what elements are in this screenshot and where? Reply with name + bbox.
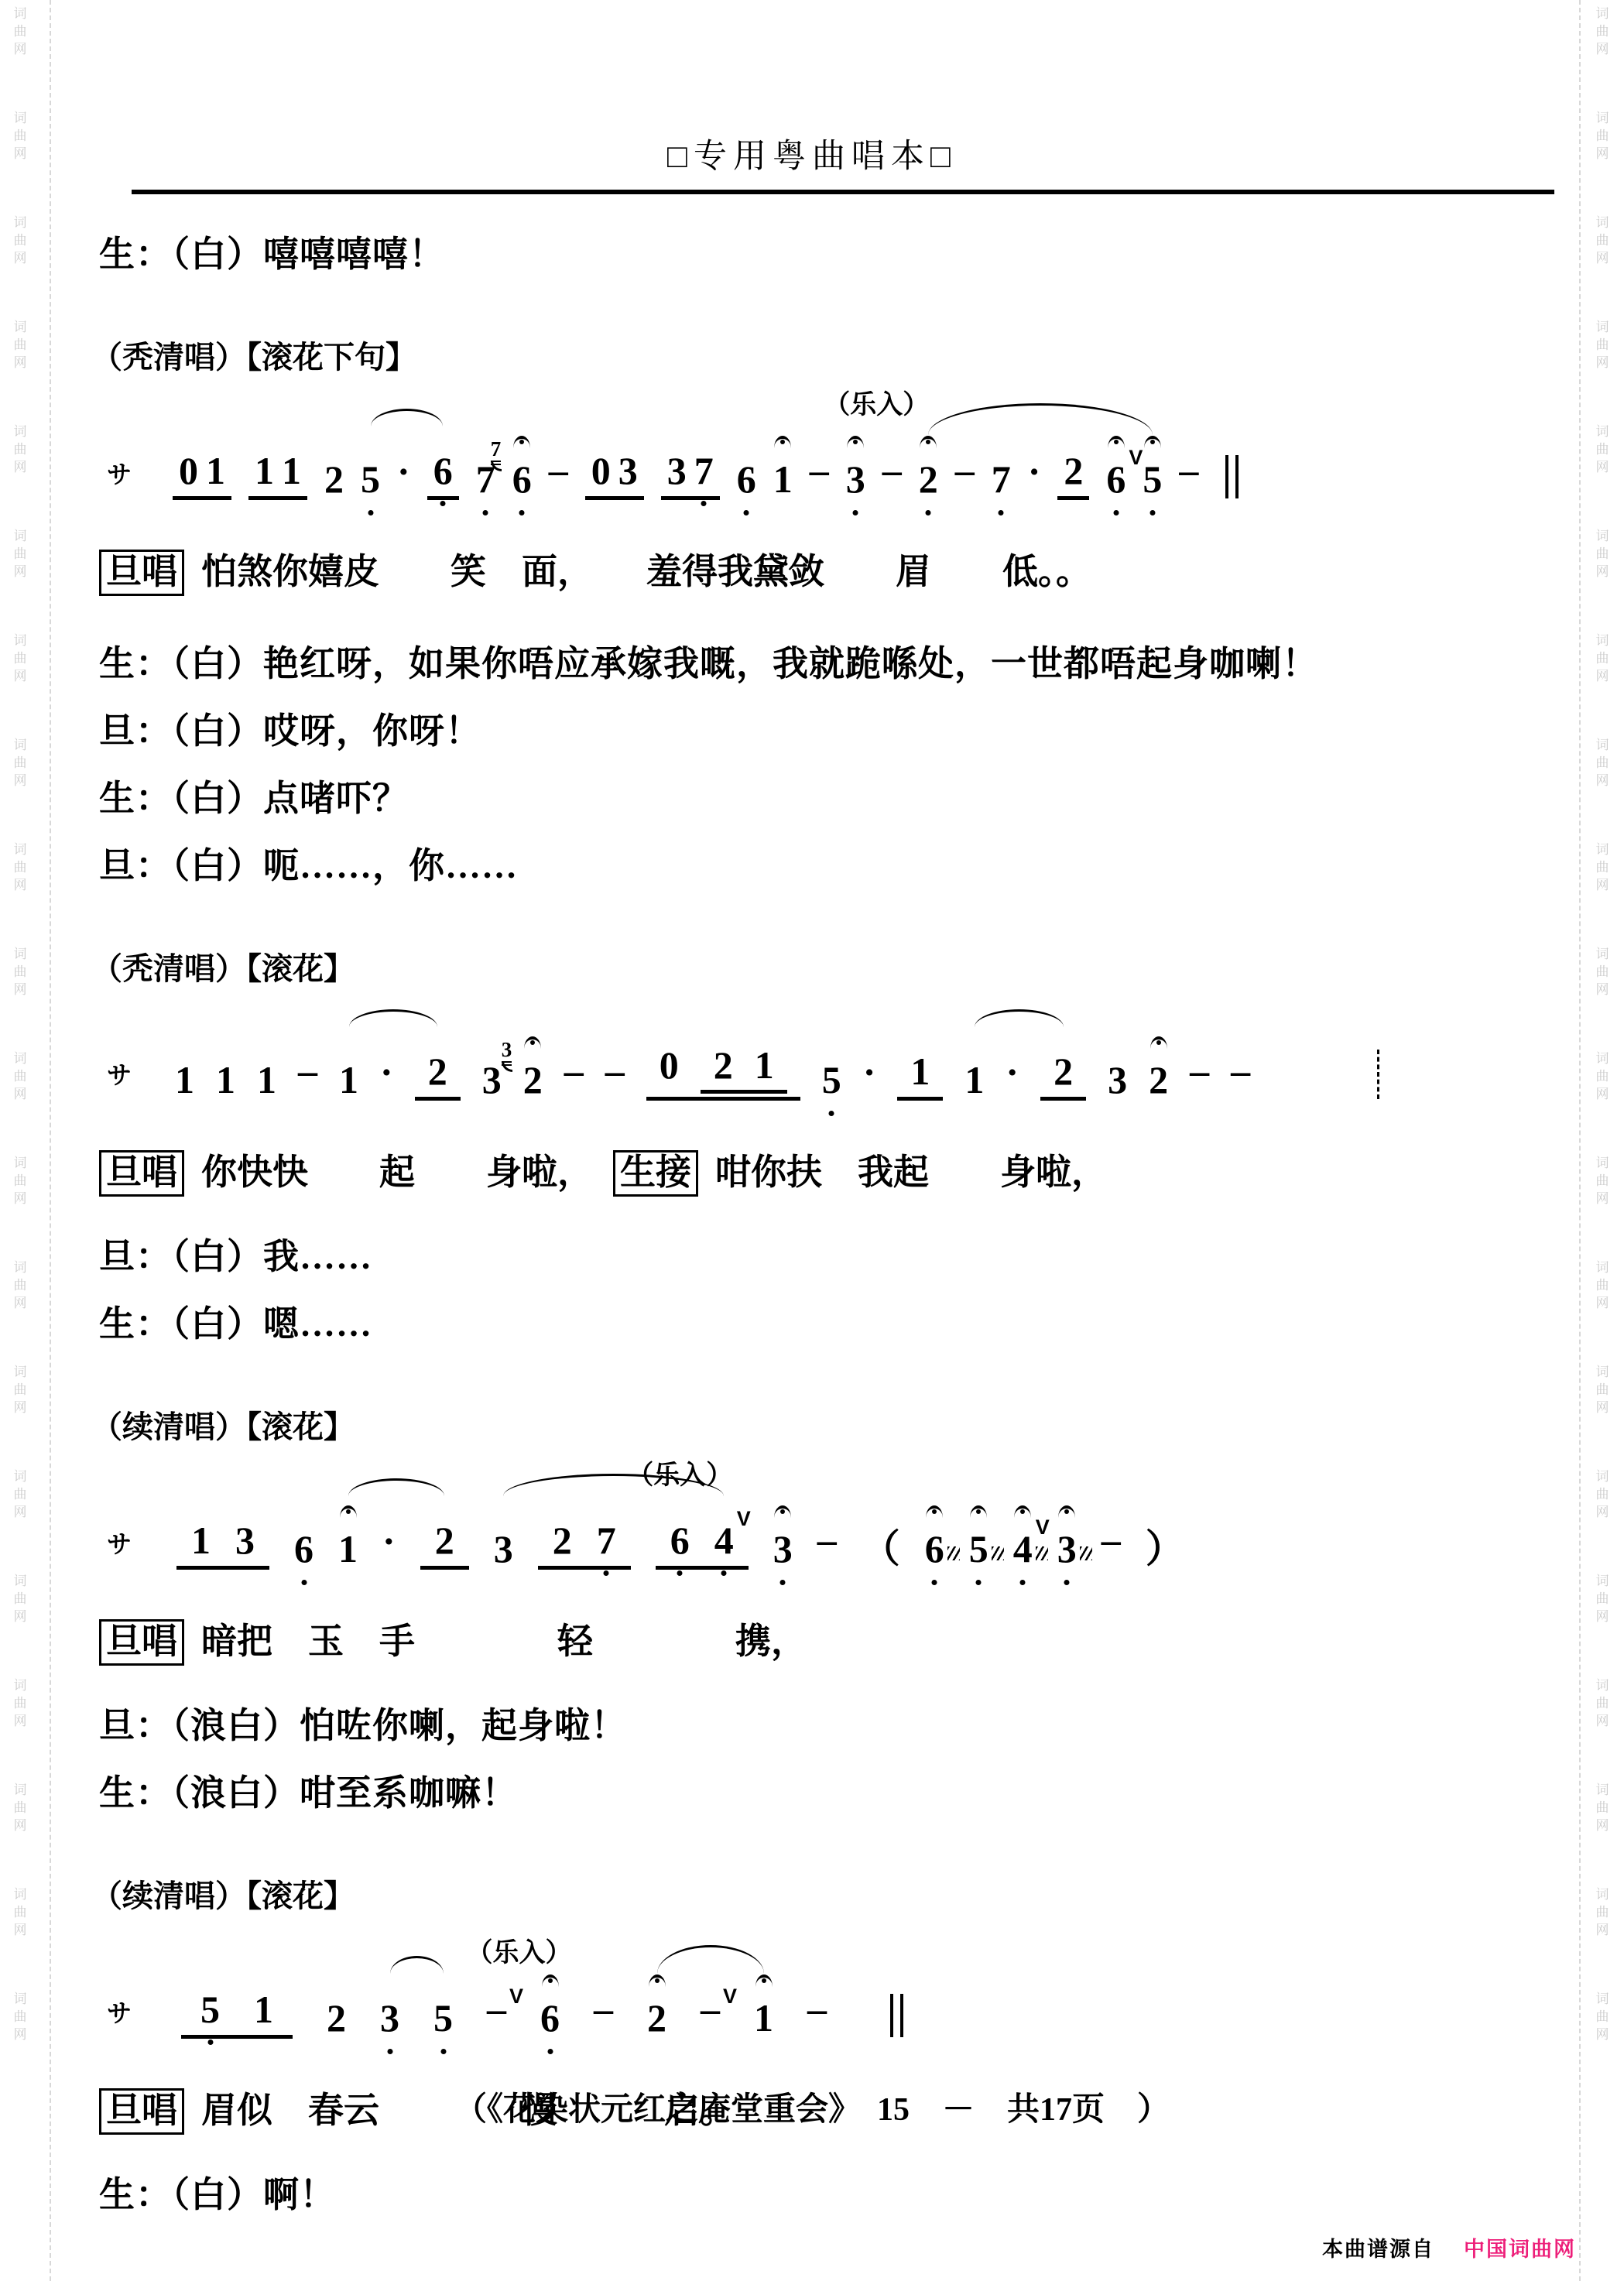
music-line-4: サ51235–V6–2–V1–（乐入） [99,1922,1616,2062]
grace-note: 7 [491,439,502,465]
slur [371,409,444,426]
note: 5 [200,1989,220,2030]
watermark-text: 词 曲 网 [5,841,36,894]
score-page: 词 曲 网词 曲 网词 曲 网词 曲 网词 曲 网词 曲 网词 曲 网词 曲 网… [0,0,1624,2281]
note: · [382,1529,396,1570]
note: 2 [327,1998,346,2039]
singer-tag: 旦唱 [99,1619,184,1666]
beam-group: 1 [897,1049,943,1101]
note: 7 [694,450,714,491]
note: · [397,459,410,500]
watermark-text: 词 曲 网 [5,1990,36,2043]
note: – [1102,1529,1121,1570]
note: 6 [737,459,756,500]
beam-group: 27 [538,1518,631,1570]
note: 76 [512,459,532,500]
note: 1 [339,1060,358,1101]
note: 3 [380,1998,399,2039]
fermata-icon [340,1505,357,1518]
watermark-text: 词 曲 网 [1587,736,1618,789]
note: 0 [591,450,611,491]
note: – [817,1529,837,1570]
fermata-icon [774,1505,791,1518]
watermark-text: 词 曲 网 [5,1781,36,1834]
note: 3 [667,450,687,491]
beam-group: 13 [176,1518,269,1570]
page-title: □专用粤曲唱本□ [0,0,1624,177]
beam-group: 64V [656,1518,749,1570]
slur [928,403,1153,435]
note: 1 [255,450,274,491]
note: 1 [191,1520,211,1561]
note: 0 [179,450,198,491]
watermark-text: 词 曲 网 [1587,632,1618,685]
lyric-line: 旦唱怕煞你嬉皮 笑 面， 羞得我黛敛 眉 低。。 [99,543,1624,596]
note: 3 [1108,1060,1127,1101]
music-annotation: （乐入） [627,1454,732,1492]
watermark-text: 词 曲 网 [5,1468,36,1521]
watermark-text: 词 曲 网 [5,1572,36,1625]
note: 2 [1149,1060,1168,1101]
beam-group: 51 [181,1987,293,2039]
dialogue-line: 生：（白）艳红呀，如果你唔应承嫁我嘅，我就跪喺处，一世都唔起身咖喇！ [99,644,1570,685]
breath-mark-icon: V [737,1508,751,1529]
breath-mark-icon: V [1129,447,1143,468]
lyric-line: 旦唱暗把 玉 手 轻 携， [99,1613,1624,1666]
breath-mark-icon: V [1036,1516,1050,1538]
note: – [298,1060,317,1101]
note: – [1231,1060,1250,1101]
note: 5 [822,1060,841,1101]
breath-mark-icon: V [509,1985,523,2007]
note: · [1028,459,1041,500]
note: 2 [435,1520,454,1561]
note: 7 [992,459,1011,500]
beam-group: 21 [701,1043,787,1094]
note: 5 [1143,459,1162,500]
note: – [955,459,975,500]
dialogue-line: 生：（白）啊！ [99,2175,1570,2216]
lyric-text: 怕煞你嬉皮 笑 面， 羞得我黛敛 眉 低。。 [201,552,1091,591]
beam-group: 37 [661,448,720,500]
beam-group: 2 [1057,448,1089,500]
note: 1 [910,1051,930,1092]
source-credit: 本曲谱源自中国词曲网 [1322,2232,1576,2262]
note: 4V [1013,1529,1033,1570]
fermata-icon [1014,1505,1031,1518]
watermark-text: 词 曲 网 [5,736,36,789]
beam-group: 2 [1040,1049,1086,1101]
fermata-icon [926,1505,943,1518]
fermata-icon [1144,436,1161,448]
section-label: （续清唱）【滚花】 [91,1872,1624,1916]
footer-caption: （《花染状元红之庵堂重会》 15 － 共17页 ） [0,2084,1624,2130]
tremolo-icon [1036,1546,1048,1560]
fermata-icon [524,1036,541,1049]
dialogue-line: 生：（白）嗯…… [99,1304,1570,1345]
note: 1 [754,1998,773,2039]
note: 3 [618,450,638,491]
grace-note: 3 [502,1039,512,1066]
beam-group: 11 [248,448,307,500]
singer-tag: 旦唱 [99,1150,184,1197]
watermark-text: 词 曲 网 [1587,945,1618,998]
tremolo-icon [947,1546,960,1560]
free-tempo-mark: サ [107,1056,132,1091]
note: 1 [755,1045,774,1086]
watermark-text: 词 曲 网 [5,1677,36,1730]
beam-group: 6 [427,448,459,500]
section-label: （续清唱）【滚花】 [91,1403,1624,1447]
free-tempo-mark: サ [107,455,132,491]
watermark-text: 词 曲 网 [1587,5,1618,58]
note: – [605,1060,625,1101]
watermark-text: 词 曲 网 [1587,1154,1618,1207]
watermark-text: 词 曲 网 [1587,1259,1618,1312]
slur [349,1009,438,1027]
note: 3 [1057,1529,1077,1570]
lyric-text: 暗把 玉 手 轻 携， [201,1622,807,1661]
note: 3 [494,1529,513,1570]
note: 7 [597,1520,616,1561]
note: 6 [540,1998,560,2039]
slur [348,1478,445,1496]
note: 1 [338,1529,358,1570]
note: 1 [206,450,225,491]
note: – [882,459,902,500]
watermark-text: 词 曲 网 [1587,109,1618,163]
note: 1 [175,1060,194,1101]
watermark-text: 词 曲 网 [1587,1363,1618,1416]
note: 3 [773,1529,793,1570]
note: ） [1146,1529,1184,1570]
watermark-text: 词 曲 网 [5,5,36,58]
watermark-text: 词 曲 网 [1587,318,1618,372]
note: 6V [1106,459,1125,500]
note: 5 [361,459,380,500]
note: – [810,459,829,500]
barline [1377,1050,1379,1099]
fermata-icon [1108,436,1125,448]
watermark-text: 词 曲 网 [5,1885,36,1939]
fermata-icon [649,1974,666,1987]
note: 3 [235,1520,255,1561]
dialogue-line: 旦：（浪白）怕咗你喇，起身啦！ [99,1706,1570,1747]
note: 1 [282,450,301,491]
section-label: （秃清唱）【滚花下句】 [91,333,1624,377]
beam-group: 021 [646,1043,800,1101]
fermata-icon [970,1505,987,1518]
watermark-text: 词 曲 网 [5,945,36,998]
fermata-icon [513,436,530,448]
watermark-text: 词 曲 网 [5,527,36,581]
music-annotation: （乐入） [824,383,929,421]
watermark-text: 词 曲 网 [1587,214,1618,267]
watermark-text: 词 曲 网 [5,632,36,685]
fermata-icon [755,1974,773,1987]
watermark-text: 词 曲 网 [5,1154,36,1207]
note: 5 [969,1529,988,1570]
watermark-text: 词 曲 网 [1587,841,1618,894]
beam-group: 2 [415,1049,461,1101]
lyric-line: 旦唱你快快 起 身啦，生接咁你扶 我起 身啦， [99,1144,1624,1197]
lyric-text: 你快快 起 身啦， [201,1152,593,1192]
tremolo-icon [992,1546,1004,1560]
watermark-text: 词 曲 网 [5,109,36,163]
note: · [1006,1060,1019,1101]
note: – [549,459,568,500]
watermark-text: 词 曲 网 [5,214,36,267]
fermata-icon [542,1974,559,1987]
note: 6 [670,1520,690,1561]
note: 1 [964,1060,984,1101]
barline [890,1994,903,2037]
note: 5 [433,1998,453,2039]
note: 6 [925,1529,944,1570]
credit-site-name: 中国词曲网 [1464,2238,1576,2261]
dialogue-line: 生：（白）点啫吓？ [99,779,1570,820]
note: 2 [647,1998,666,2039]
beam-group: 2 [420,1518,469,1570]
lyric-text: 咁你扶 我起 身啦， [715,1152,1107,1192]
note: –V [487,1998,506,2039]
note: – [1179,459,1198,500]
note: 2 [714,1045,733,1086]
credit-prefix: 本曲谱源自 [1322,2238,1434,2261]
dialogue-line: 旦：（白）我…… [99,1237,1570,1278]
note: · [863,1060,876,1101]
note: – [594,1998,613,2039]
watermark-dashed-line-left [50,0,51,2281]
note: 1 [254,1989,273,2030]
fermata-icon [1058,1505,1075,1518]
header-divider [132,190,1554,194]
note: 3 [482,1060,502,1101]
note: 1 [773,459,793,500]
beam-group: 01 [173,448,231,500]
slur [975,1009,1064,1027]
watermark-text: 词 曲 网 [5,1363,36,1416]
note: 4V [714,1520,734,1561]
breath-mark-icon: V [723,1985,737,2007]
note: – [1190,1060,1209,1101]
note: 2 [1064,450,1083,491]
note: 3 [846,459,865,500]
barline [1225,455,1239,498]
watermark-text: 词 曲 网 [5,423,36,476]
note: 1 [216,1060,235,1101]
music-annotation: （乐入） [467,1931,572,1969]
watermark-column-left: 词 曲 网词 曲 网词 曲 网词 曲 网词 曲 网词 曲 网词 曲 网词 曲 网… [5,5,36,2281]
singer-tag: 生接 [613,1150,698,1197]
slur [657,1945,764,1974]
fermata-icon [847,436,864,448]
fermata-icon [774,436,791,448]
note: （ [862,1529,900,1570]
music-line-3: サ1361·232764V3–（654V3–）（乐入） [99,1453,1616,1593]
note: · [380,1060,393,1101]
note: 1 [257,1060,276,1101]
free-tempo-mark: サ [107,1994,132,2029]
note: 32 [523,1060,543,1101]
note: 0 [660,1045,679,1086]
tremolo-icon [1080,1546,1092,1560]
beam-group: 03 [585,448,644,500]
note: – [564,1060,584,1101]
note: 2 [553,1520,572,1561]
watermark-text: 词 曲 网 [1587,527,1618,581]
music-line-2: サ111–1·2332––0215·11·232–– [99,995,1616,1124]
note: –V [701,1998,720,2039]
watermark-text: 词 曲 网 [5,1050,36,1103]
free-tempo-mark: サ [107,1525,132,1560]
note: 2 [919,459,938,500]
fermata-icon [920,436,937,448]
watermark-text: 词 曲 网 [5,1259,36,1312]
music-line-1: サ011125·6776–033761–3–2–7·26V5–（乐入） [99,383,1616,523]
dialogue-line: 生：（浪白）咁至系咖嘛！ [99,1773,1570,1814]
dialogue-line: 旦：（白）哎呀，你呀！ [99,711,1570,752]
note: 2 [1054,1051,1073,1092]
watermark-text: 词 曲 网 [1587,1677,1618,1730]
dialogue-line: 旦：（白）呃……，你…… [99,846,1570,887]
note: 6 [433,450,453,491]
section-label: （秃清唱）【滚花】 [91,944,1624,988]
note: 2 [324,459,344,500]
note: 6 [294,1529,313,1570]
note: 2 [428,1051,447,1092]
slur [390,1956,444,1974]
fermata-icon [1150,1036,1167,1049]
singer-tag: 旦唱 [99,550,184,596]
dialogue-line: 生：（白）嘻嘻嘻嘻！ [99,235,1570,276]
watermark-text: 词 曲 网 [5,318,36,372]
watermark-text: 词 曲 网 [1587,1781,1618,1834]
note: – [807,1998,827,2039]
